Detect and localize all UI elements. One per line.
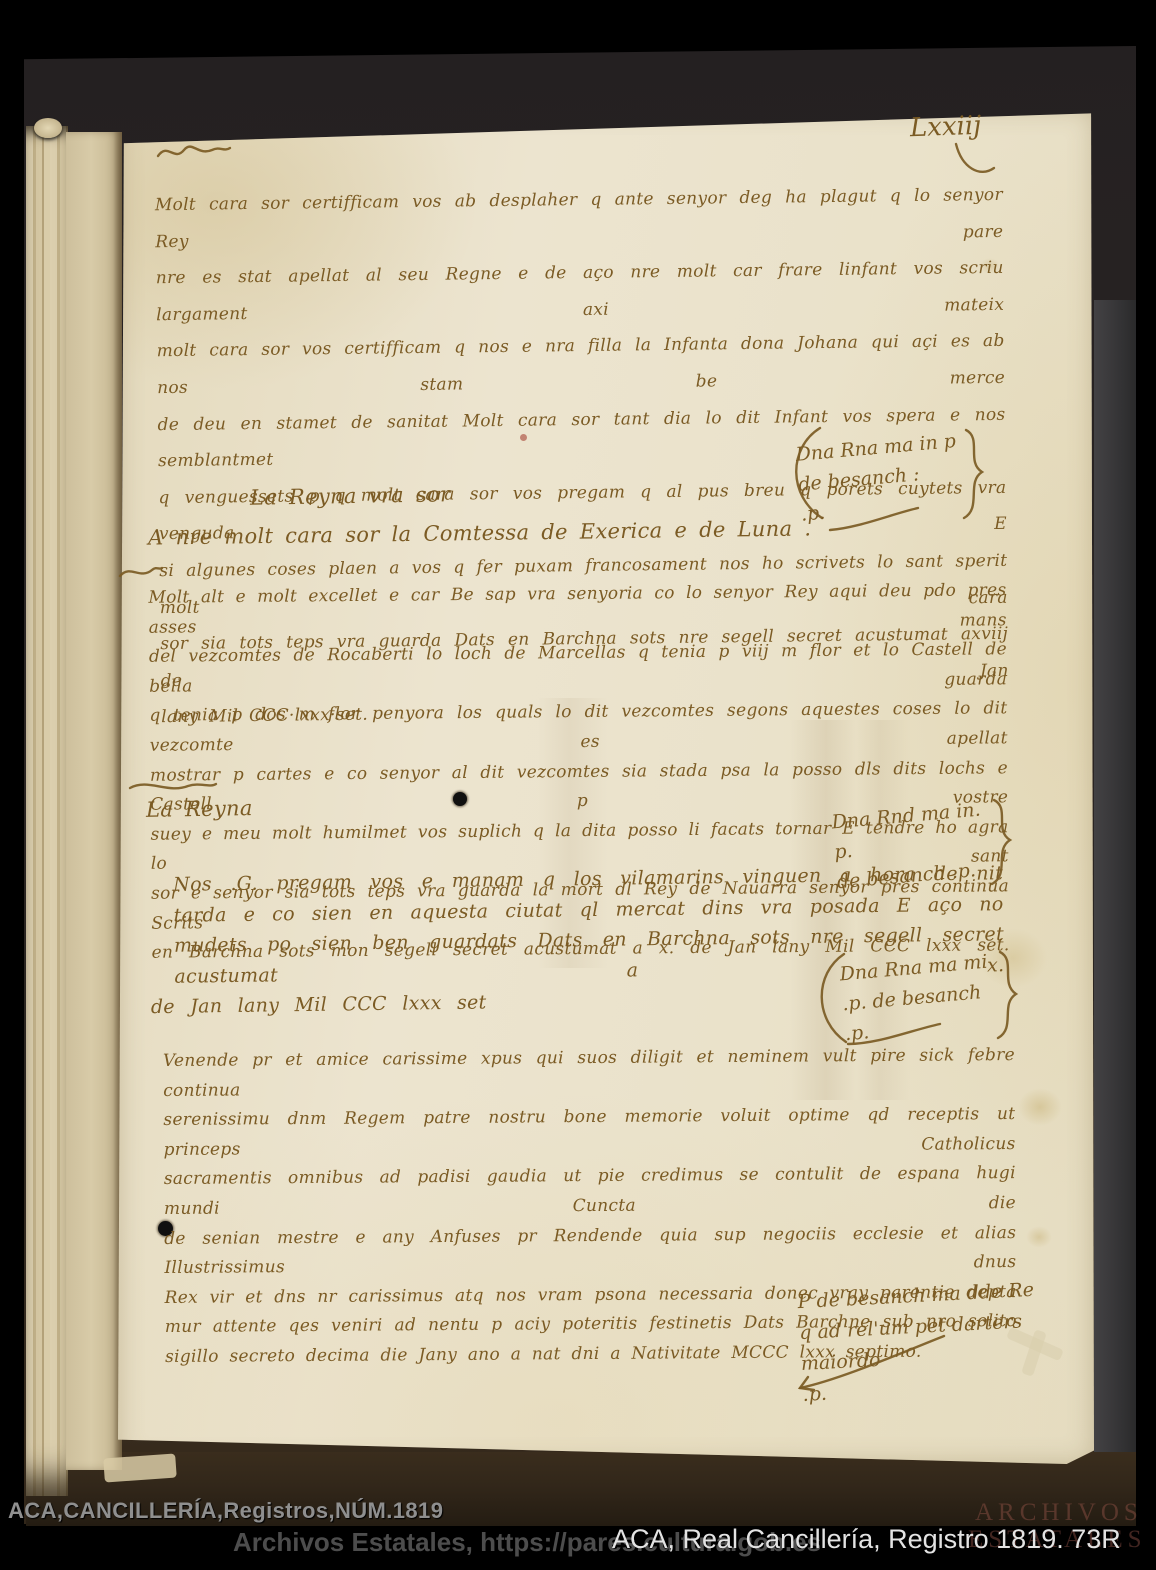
archive-reference-right: ACA, Real Cancillería, Registro 1819. 73…	[612, 1524, 1121, 1555]
gutter-fold	[66, 132, 122, 1470]
letter-1-sender-heading: La Reyna vra sor	[250, 482, 451, 509]
archive-reference-left: ACA,CANCILLERÍA,Registros,NÚM.1819	[8, 1498, 443, 1524]
paraph-flourish-icon	[828, 506, 920, 538]
manuscript-line: sacramentis omnibus ad padisi gaudia ut …	[164, 1159, 1016, 1224]
brace-flourish-icon	[952, 428, 988, 524]
digitized-manuscript-photo: Lxxiij Molt cara sor certifficam vos ab …	[0, 0, 1156, 1570]
manuscript-line: Molt alt e molt excellet e car Be sap vr…	[148, 576, 1006, 643]
archivos-estatales-logo-line1: ARCHIVOS	[975, 1499, 1143, 1527]
binding-stitch-knot	[34, 118, 62, 138]
manuscript-line: Molt cara sor certifficam vos ab desplah…	[155, 177, 1004, 261]
folio-number: Lxxiij	[909, 111, 981, 143]
manuscript-line: serenissimu dnm Regem patre nostru bone …	[163, 1100, 1015, 1165]
spine-fore-edge	[26, 126, 68, 1496]
paren-flourish-icon	[784, 424, 824, 526]
manuscript-line: de senian mestre e any Anfuses pr Renden…	[164, 1219, 1016, 1284]
manuscript-line: nre es stat apellat al seu Regne e de aç…	[156, 250, 1005, 334]
cradle-edge-strip	[1094, 300, 1136, 1460]
stain	[1018, 1088, 1062, 1126]
manuscript-line: del vezcomtes de Rocaberti lo loch de Ma…	[149, 635, 1007, 702]
brace-flourish-icon	[988, 950, 1022, 1044]
manuscript-line: Venende pr et amice carissime xpus qui s…	[163, 1041, 1015, 1106]
manuscript-line: q tenia p dos m flor penyora los quals l…	[149, 695, 1007, 762]
squiggle-icon	[156, 138, 232, 170]
arrow-flourish-icon	[796, 1330, 948, 1398]
paren-flourish-icon	[812, 950, 848, 1050]
stain	[1026, 1226, 1052, 1248]
page-corner-peek	[103, 1454, 176, 1483]
letter-3-sender-heading: La Reyna	[146, 796, 253, 822]
manuscript-line: molt cara sor vos certifficam q nos e nr…	[156, 323, 1005, 407]
